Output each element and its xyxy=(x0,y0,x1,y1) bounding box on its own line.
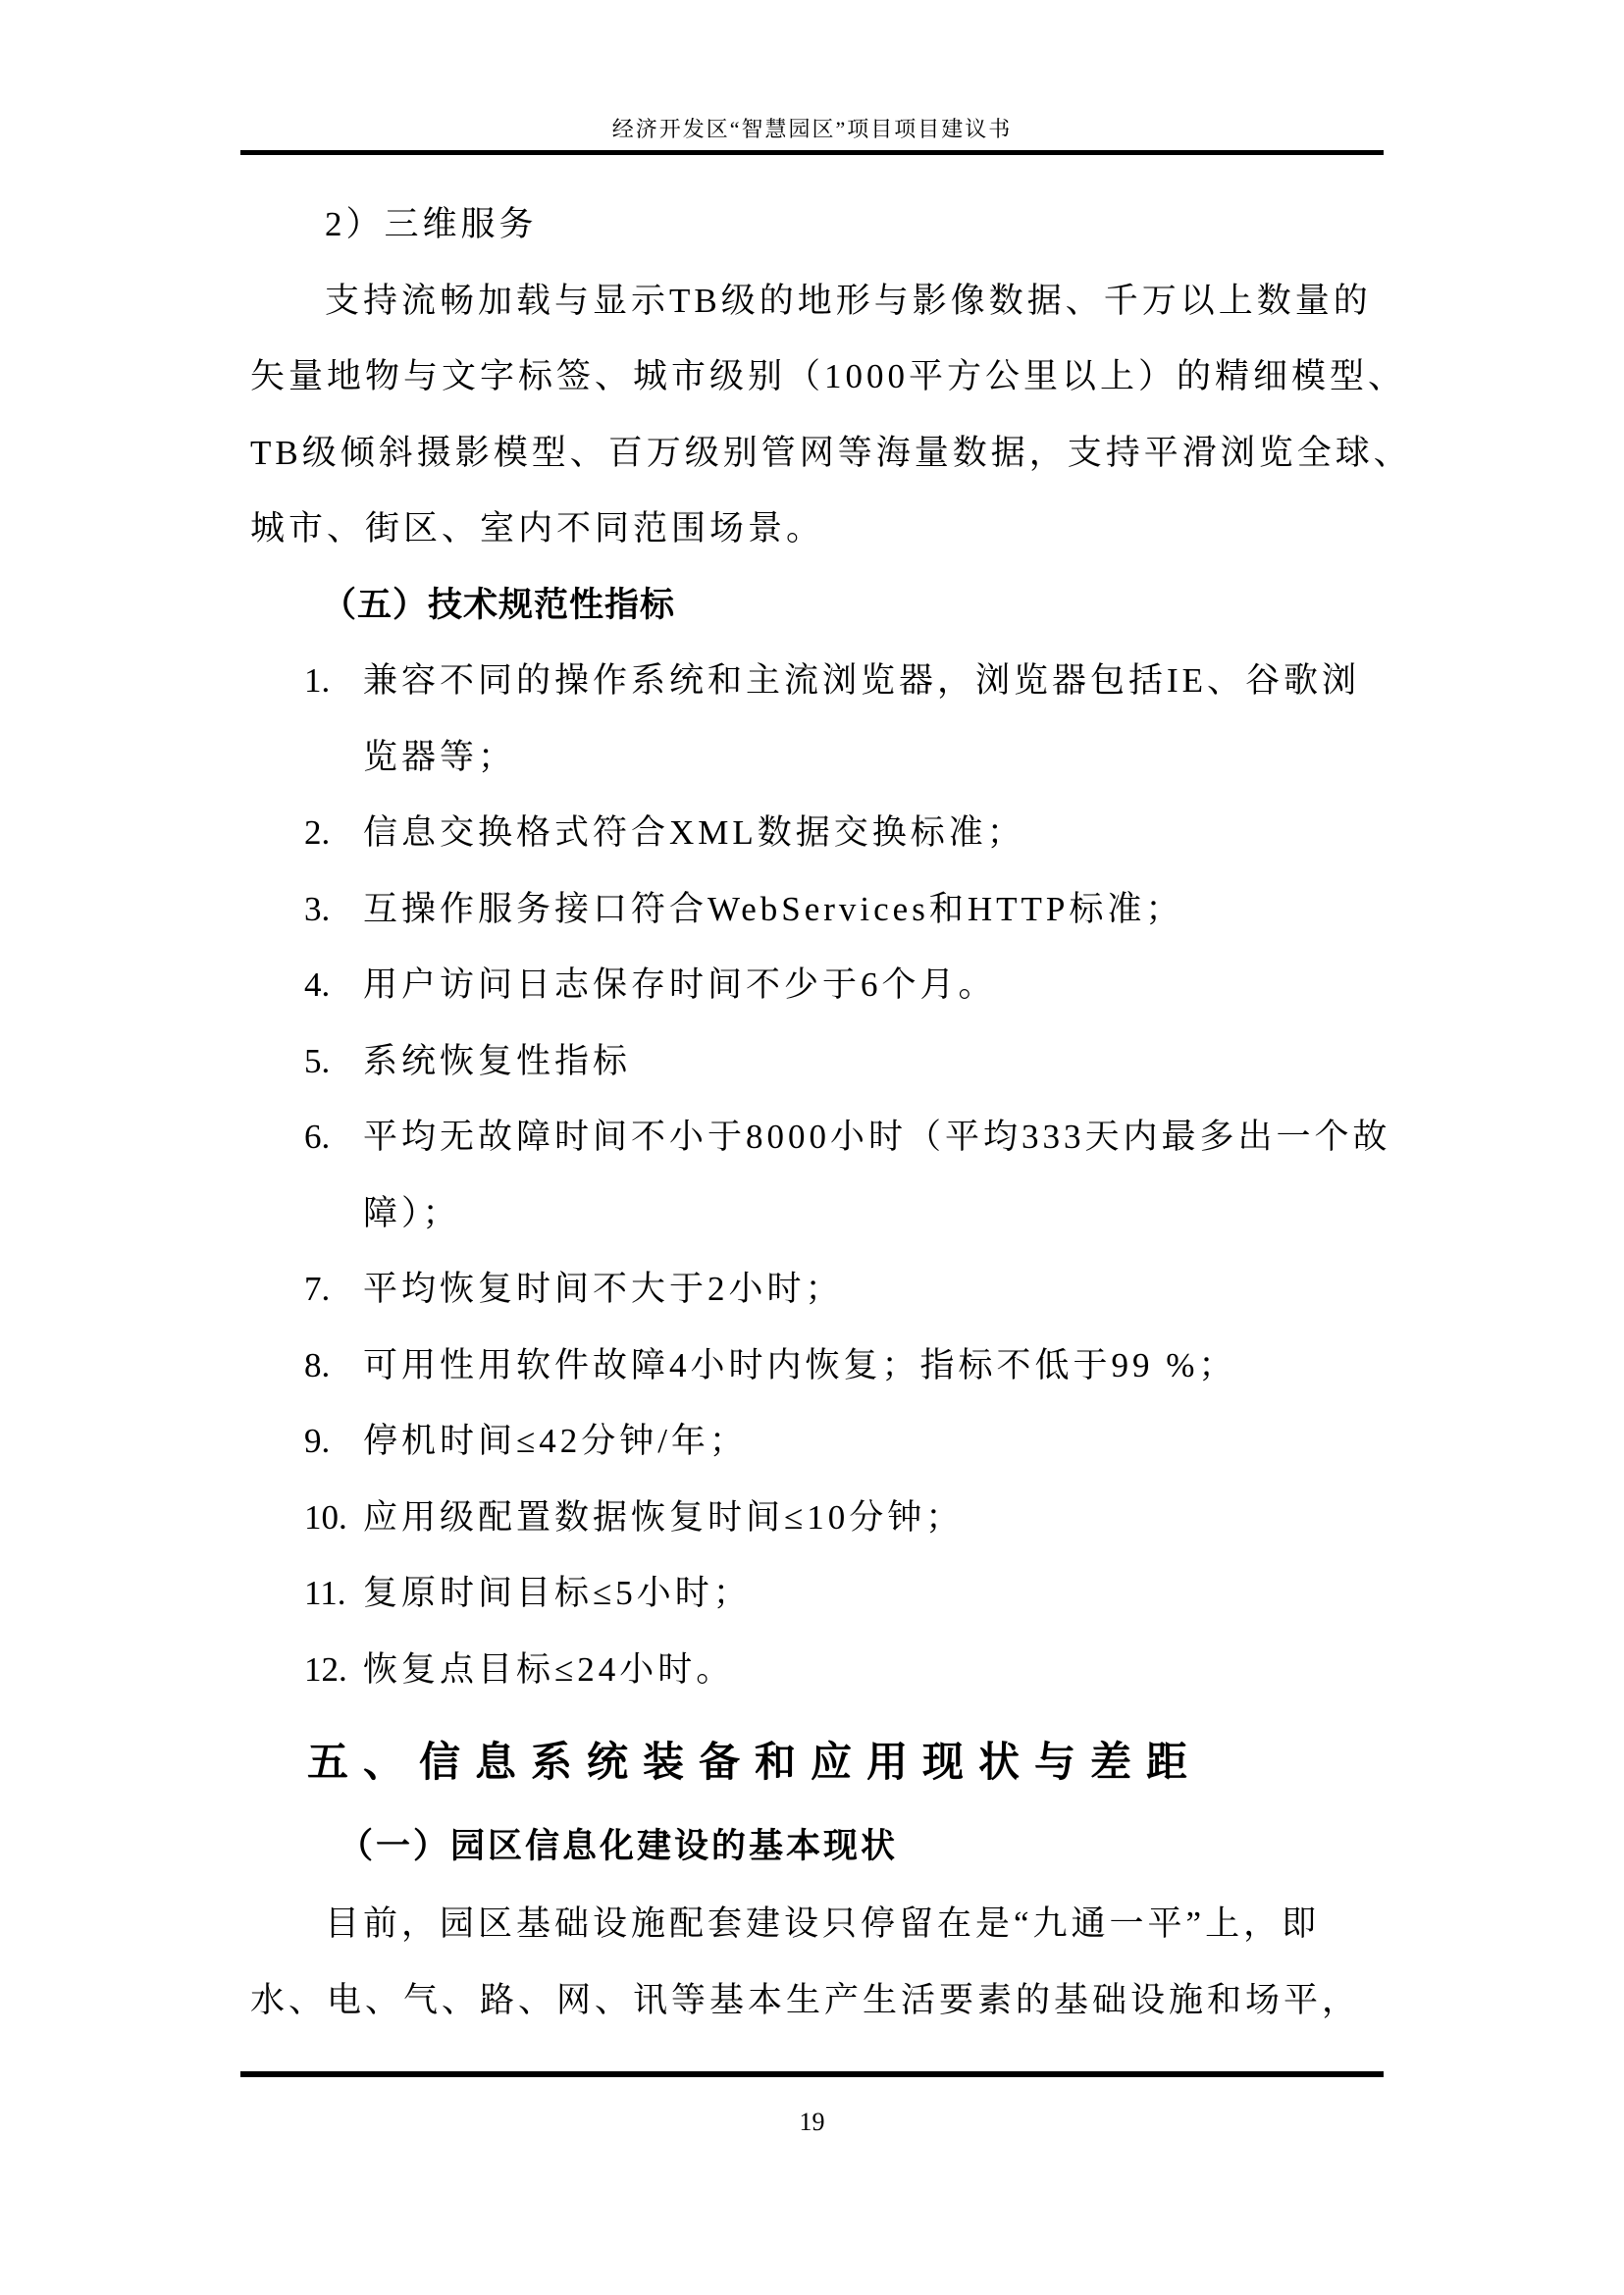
list-item: 7. 平均恢复时间不大于2小时； xyxy=(250,1251,1388,1328)
subsection-heading-3d-service: 2）三维服务 xyxy=(250,186,1388,263)
paragraph2-line2: 水、电、气、路、网、讯等基本生产生活要素的基础设施和场平， xyxy=(250,1962,1388,2039)
list-item: 1. 兼容不同的操作系统和主流浏览器，浏览器包括IE、谷歌浏 览器等； xyxy=(250,643,1388,795)
list-item-text: 用户访问日志保存时间不少于6个月。 xyxy=(363,947,997,1023)
list-item: 2. 信息交换格式符合XML数据交换标准； xyxy=(250,795,1388,871)
list-item-number: 7. xyxy=(304,1251,363,1328)
page-number: 19 xyxy=(800,2108,825,2136)
list-item-text: 信息交换格式符合XML数据交换标准； xyxy=(363,795,1025,871)
list-item-number: 10. xyxy=(304,1480,363,1556)
list-item-text: 可用性用软件故障4小时内恢复；指标不低于99 %； xyxy=(363,1328,1236,1404)
list-item-text: 互操作服务接口符合WebServices和HTTP标准； xyxy=(363,871,1183,948)
paragraph1-line3: TB级倾斜摄影模型、百万级别管网等海量数据，支持平滑浏览全球、 xyxy=(250,415,1388,492)
section-heading-park-status: （一）园区信息化建设的基本现状 xyxy=(250,1807,1388,1886)
paragraph1-line4: 城市、街区、室内不同范围场景。 xyxy=(250,491,1388,567)
header-title: 经济开发区“智慧园区”项目项目建议书 xyxy=(612,113,1013,150)
list-item: 6. 平均无故障时间不小于8000小时（平均333天内最多出一个故 障）； xyxy=(250,1099,1388,1251)
list-item-number: 9. xyxy=(304,1403,363,1480)
document-body: 2）三维服务 支持流畅加载与显示TB级的地形与影像数据、千万以上数量的 矢量地物… xyxy=(250,186,1388,2038)
list-item-text: 复原时间目标≤5小时； xyxy=(363,1555,752,1632)
paragraph2-line1: 目前，园区基础设施配套建设只停留在是“九通一平”上，即 xyxy=(250,1886,1388,1962)
list-item-text: 应用级配置数据恢复时间≤10分钟； xyxy=(363,1480,964,1556)
list-item: 3. 互操作服务接口符合WebServices和HTTP标准； xyxy=(250,871,1388,948)
list-item-number: 5. xyxy=(304,1023,363,1100)
list-item-text: 恢复点目标≤24小时。 xyxy=(363,1632,734,1708)
list-item-text: 平均无故障时间不小于8000小时（平均333天内最多出一个故 xyxy=(363,1099,1391,1175)
page-footer: 19 xyxy=(0,2108,1624,2137)
list-item: 4. 用户访问日志保存时间不少于6个月。 xyxy=(250,947,1388,1023)
list-item-number: 3. xyxy=(304,871,363,948)
list-item: 5. 系统恢复性指标 xyxy=(250,1023,1388,1100)
list-item-number: 12. xyxy=(304,1632,363,1708)
list-item: 9. 停机时间≤42分钟/年； xyxy=(250,1403,1388,1480)
list-item-number: 1. xyxy=(304,643,363,795)
list-item: 10. 应用级配置数据恢复时间≤10分钟； xyxy=(250,1480,1388,1556)
document-page: 经济开发区“智慧园区”项目项目建议书 2）三维服务 支持流畅加载与显示TB级的地… xyxy=(0,0,1624,2295)
list-item-number: 11. xyxy=(304,1555,363,1632)
chapter-heading-info-systems: 五、信息系统装备和应用现状与差距 xyxy=(250,1719,1388,1807)
list-item-text: 平均恢复时间不大于2小时； xyxy=(363,1251,844,1328)
list-item: 12. 恢复点目标≤24小时。 xyxy=(250,1632,1388,1708)
list-item: 8. 可用性用软件故障4小时内恢复；指标不低于99 %； xyxy=(250,1328,1388,1404)
page-header: 经济开发区“智慧园区”项目项目建议书 xyxy=(240,0,1384,155)
paragraph1-line1: 支持流畅加载与显示TB级的地形与影像数据、千万以上数量的 xyxy=(250,263,1388,339)
list-item-text: 障）； xyxy=(363,1175,1391,1252)
section-heading-tech-specs: （五）技术规范性指标 xyxy=(250,567,1388,644)
list-item-text: 停机时间≤42分钟/年； xyxy=(363,1403,748,1480)
paragraph1-line2: 矢量地物与文字标签、城市级别（1000平方公里以上）的精细模型、 xyxy=(250,339,1388,415)
list-item-number: 6. xyxy=(304,1099,363,1251)
list-item-text: 览器等； xyxy=(363,719,1360,796)
footer-divider xyxy=(240,2071,1384,2077)
list-item-number: 4. xyxy=(304,947,363,1023)
list-item-number: 8. xyxy=(304,1328,363,1404)
list-item-text: 兼容不同的操作系统和主流浏览器，浏览器包括IE、谷歌浏 xyxy=(363,643,1360,719)
list-item-text: 系统恢复性指标 xyxy=(363,1023,631,1100)
list-item: 11. 复原时间目标≤5小时； xyxy=(250,1555,1388,1632)
list-item-number: 2. xyxy=(304,795,363,871)
